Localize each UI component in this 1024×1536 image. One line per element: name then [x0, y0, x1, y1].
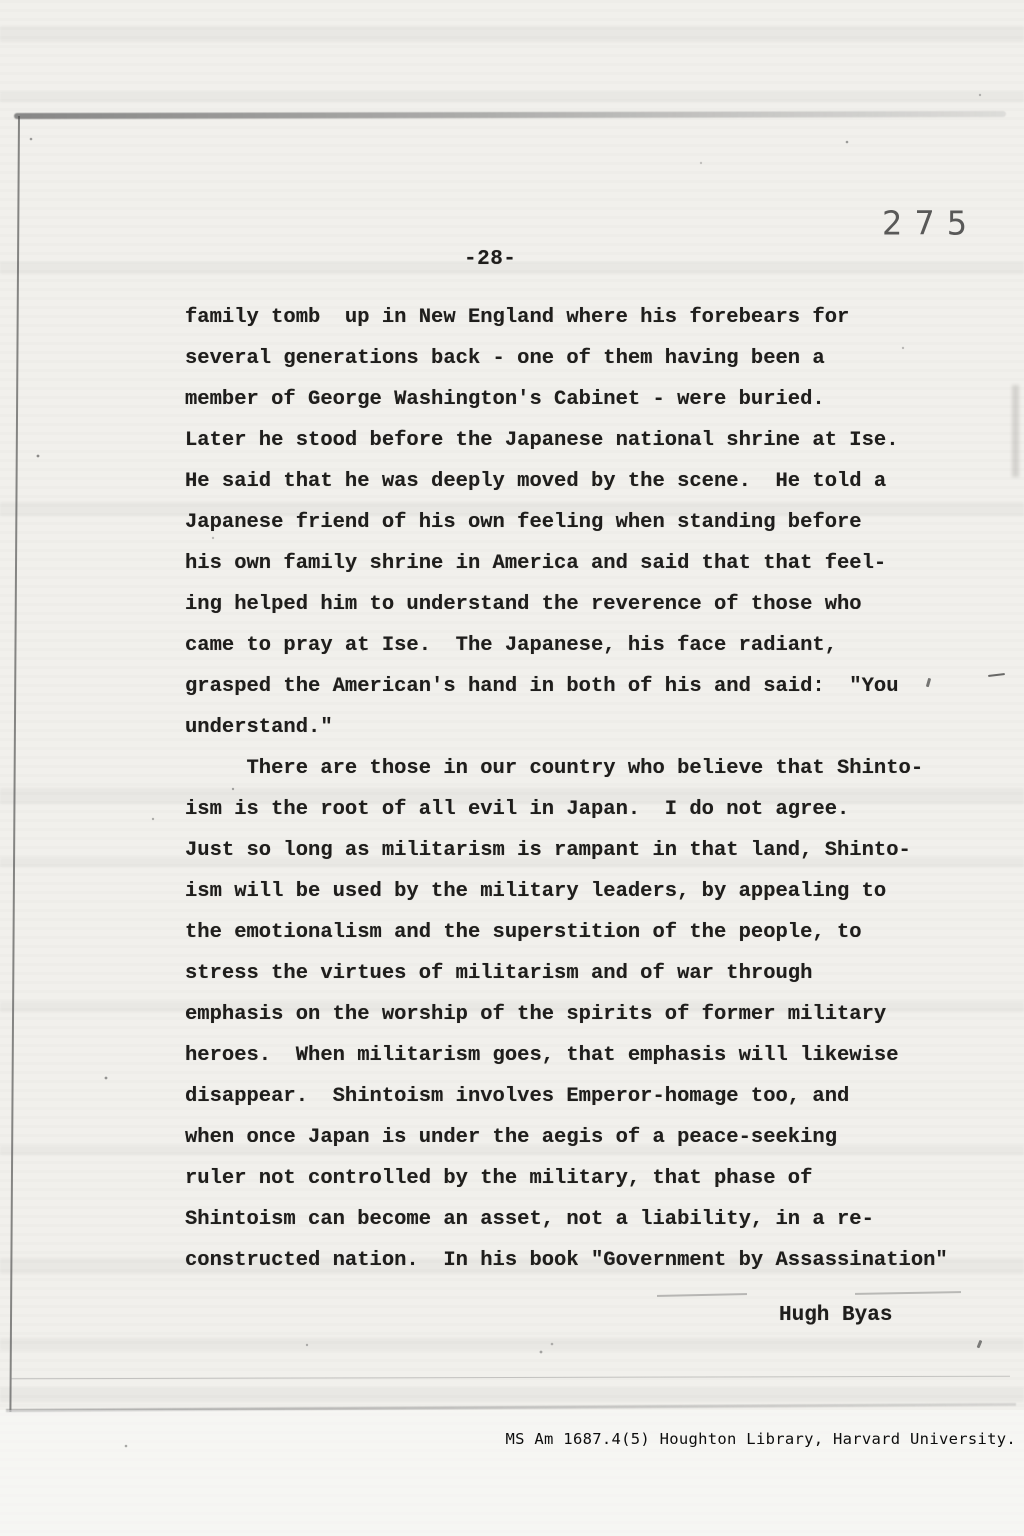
scan-streak	[0, 26, 1024, 42]
pencil-underline-government	[657, 1293, 747, 1296]
scan-streak	[0, 92, 1024, 102]
pencil-underline-assassination	[855, 1291, 961, 1294]
library-credit-line: MS Am 1687.4(5) Houghton Library, Harvar…	[506, 1430, 1016, 1448]
handwritten-folio-number: 275	[882, 203, 979, 243]
page-top-edge-shadow	[14, 111, 1006, 119]
page-left-edge-line	[9, 116, 19, 1412]
scanned-typescript-page: 275 -28- family tomb up in New England w…	[0, 0, 1024, 1536]
page-bottom-faint-line	[10, 1376, 1010, 1380]
scanner-margin-area	[0, 1410, 1024, 1536]
ink-speckles	[0, 0, 2, 2]
scan-streak	[0, 1338, 1024, 1350]
scan-streak	[0, 1388, 1024, 1402]
scan-smudge	[1012, 385, 1019, 477]
typed-page-number: -28-	[464, 248, 516, 271]
typescript-body: family tomb up in New England where his …	[185, 297, 995, 1281]
author-signature-line: Hugh Byas	[779, 1304, 892, 1327]
